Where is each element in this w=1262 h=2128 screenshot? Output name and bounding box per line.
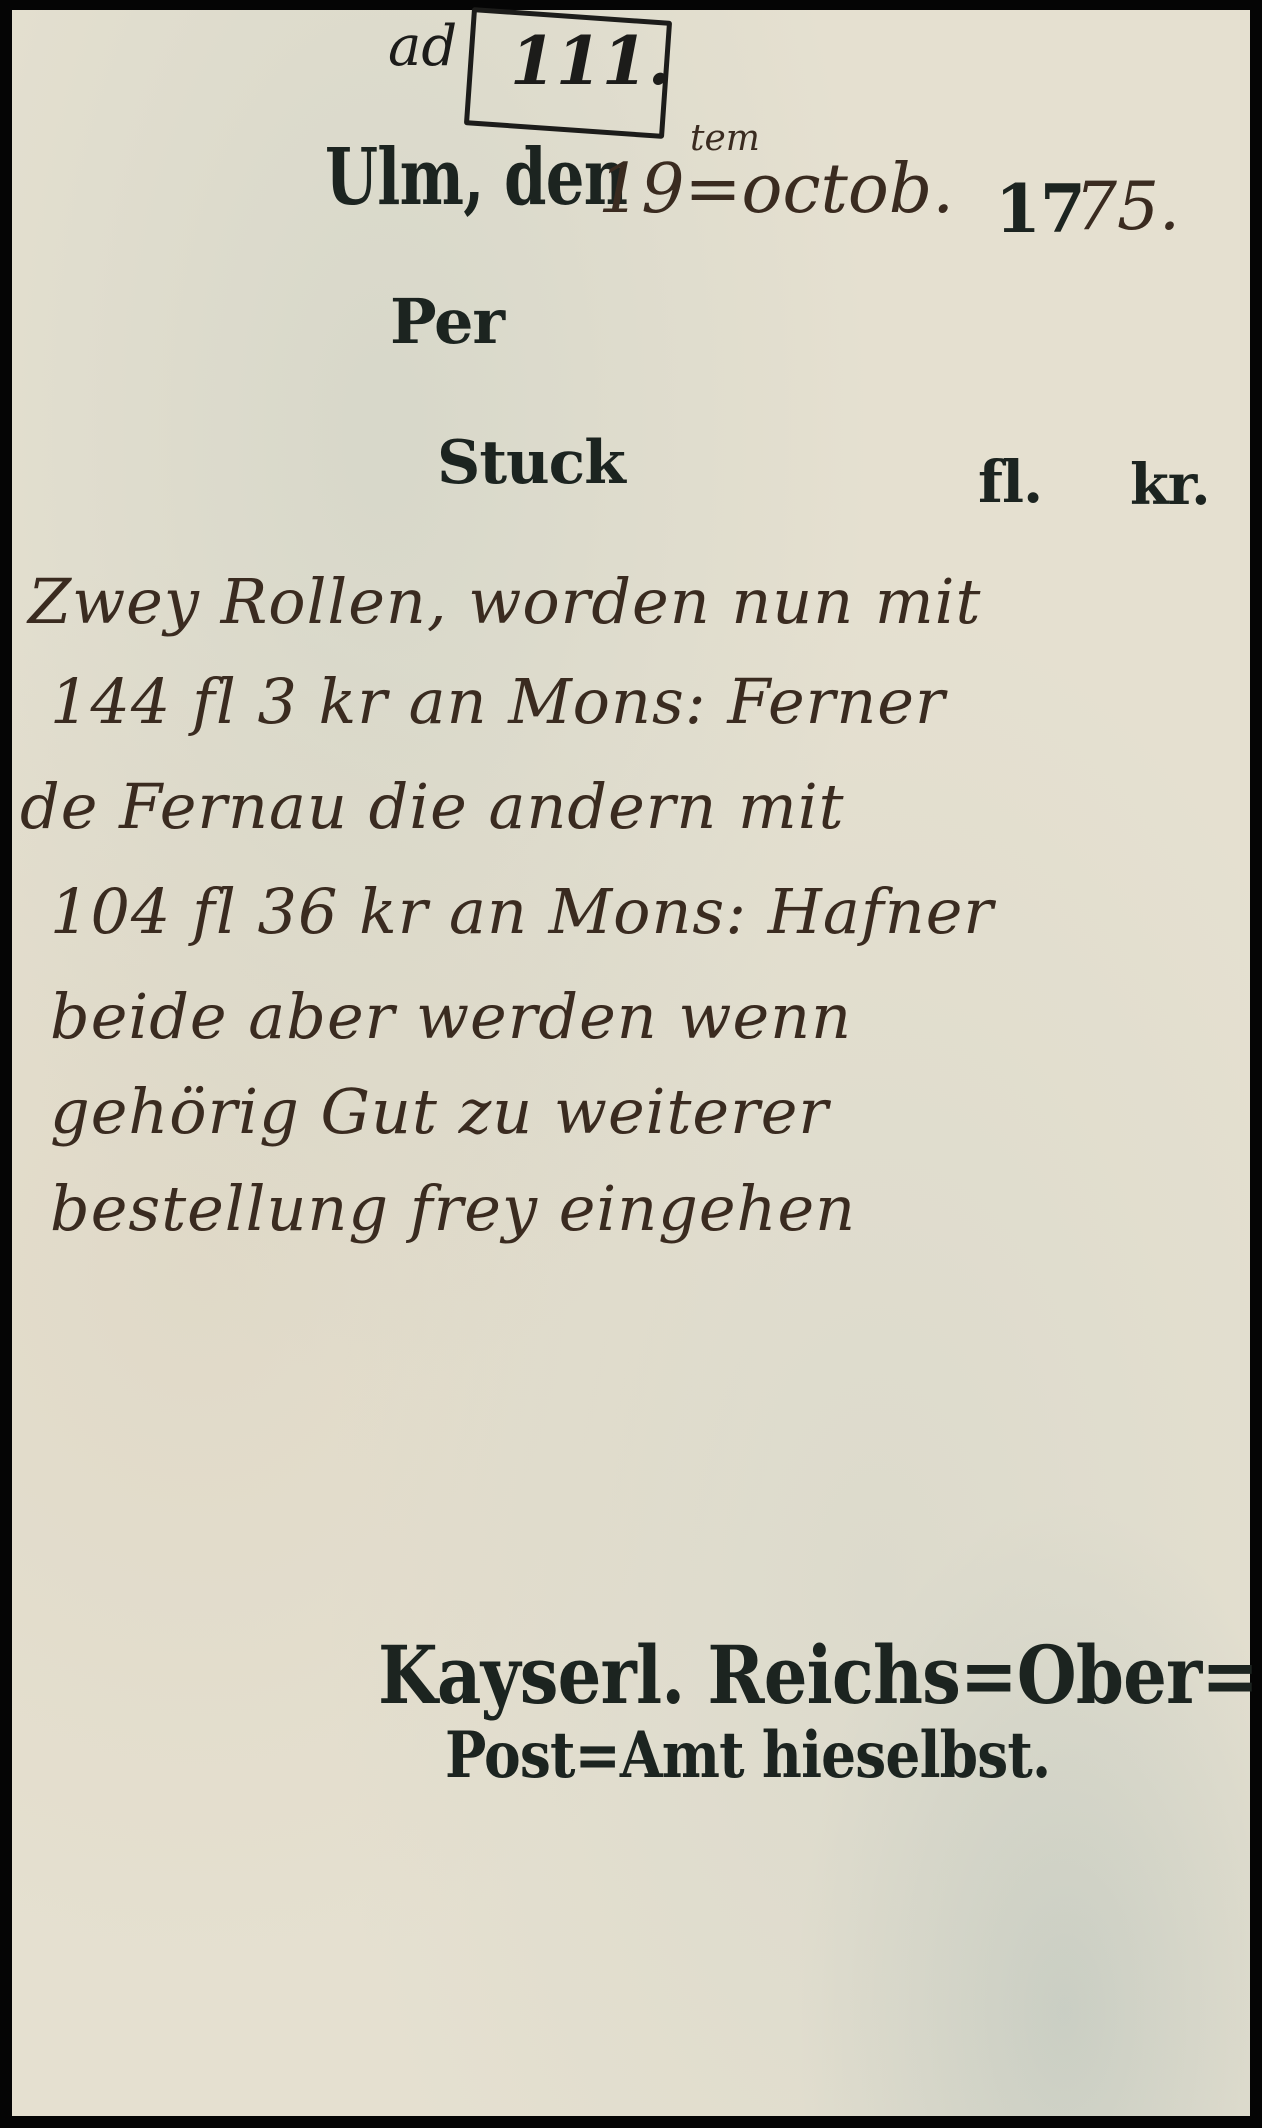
date-handwritten: 19=octob.	[598, 150, 954, 229]
kreuzer-column-label: kr.	[1130, 452, 1210, 518]
body-line: de Fernau die andern mit	[20, 770, 845, 843]
body-line: beide aber werden wenn	[50, 980, 852, 1053]
issuer-line-1: Kayserl. Reichs=Ober=	[378, 1628, 1258, 1722]
issuer-line-2: Post=Amt hieselbst.	[445, 1718, 1050, 1793]
gulden-column-label: fl.	[978, 448, 1042, 516]
body-line: gehörig Gut zu weiterer	[50, 1075, 829, 1148]
year-printed: 17	[995, 170, 1085, 248]
reference-prefix: ad	[388, 14, 457, 79]
year-handwritten: 75.	[1075, 168, 1180, 245]
place-label: Ulm, den	[325, 132, 627, 223]
body-line: bestellung frey eingehen	[50, 1172, 856, 1245]
reference-number: 111.	[510, 22, 671, 100]
body-line: 104 fl 36 kr an Mons: Hafner	[50, 875, 994, 948]
body-line: Zwey Rollen, worden nun mit	[28, 565, 981, 638]
stuck-label: Stuck	[437, 428, 625, 498]
document-paper	[12, 10, 1250, 2116]
body-line: 144 fl 3 kr an Mons: Ferner	[50, 665, 946, 738]
per-label: Per	[390, 285, 504, 358]
